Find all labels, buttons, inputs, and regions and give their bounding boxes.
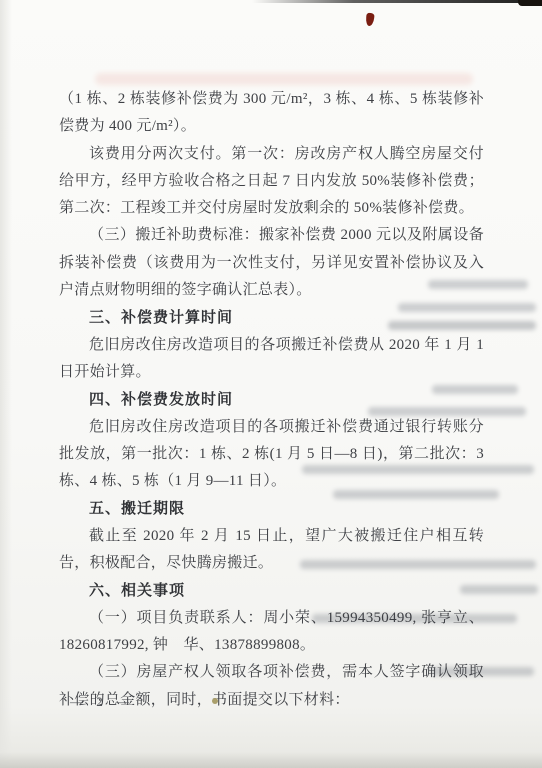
paragraph-project-contacts: （一）项目负责联系人：周小荣、15994350499, 张亨立、18260817…: [59, 605, 484, 660]
paragraph-moving-subsidy-standard: （三）搬迁补助费标准：搬家补偿费 2000 元以及附属设备拆装补偿费（该费用为一…: [59, 222, 484, 304]
paragraph-calculation-start-date: 危旧房改住房改造项目的各项搬迁补偿费从 2020 年 1 月 1 日开始计算。: [59, 332, 484, 387]
scan-corner-shadow: [518, 0, 542, 6]
paragraph-renovation-fee-rates: （1 栋、2 栋装修补偿费为 300 元/m²，3 栋、4 栋、5 栋装修补偿费…: [59, 86, 484, 141]
heading-compensation-calculation-time: 三、补偿费计算时间: [59, 304, 484, 331]
scan-edge-line: [252, 0, 542, 3]
paper-speck: [212, 698, 218, 704]
page-number: — 2 —: [70, 694, 134, 710]
heading-relocation-deadline: 五、搬迁期限: [59, 495, 484, 522]
scanned-document-page: （1 栋、2 栋装修补偿费为 300 元/m²，3 栋、4 栋、5 栋装修补偿费…: [0, 0, 542, 768]
document-body: （1 栋、2 栋装修补偿费为 300 元/m²，3 栋、4 栋、5 栋装修补偿费…: [59, 86, 484, 714]
bleed-through-red-band: [95, 73, 473, 85]
heading-compensation-issuance-time: 四、补偿费发放时间: [59, 386, 484, 413]
paragraph-deadline-date: 截止至 2020 年 2 月 15 日止，望广大被搬迁住户相互转告，积极配合，尽…: [59, 523, 484, 578]
red-ink-mark: [365, 13, 374, 27]
heading-related-matters: 六、相关事项: [59, 577, 484, 604]
paragraph-two-installment-payment: 该费用分两次支付。第一次：房改房产权人腾空房屋交付给甲方，经甲方验收合格之日起 …: [59, 141, 484, 223]
paragraph-bank-transfer-batches: 危旧房改住房改造项目的各项搬迁补偿费通过银行转账分批发放，第一批次：1 栋、2 …: [59, 414, 484, 496]
